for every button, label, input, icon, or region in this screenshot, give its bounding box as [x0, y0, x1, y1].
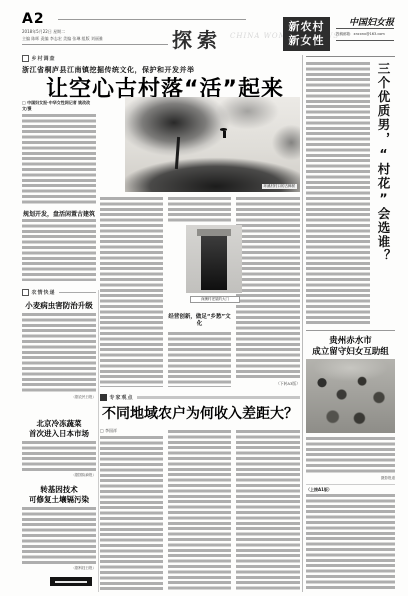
body-text-block — [306, 62, 370, 324]
footer-label-text — [55, 581, 87, 583]
paper-logo: 中国妇女报 — [338, 15, 394, 28]
door-lintel — [197, 229, 231, 236]
article-credit: （据国际商报） — [22, 473, 96, 478]
article-title-line1: 北京冷冻蔬菜 — [22, 419, 96, 429]
tag-bar — [137, 396, 300, 400]
badge-line2: 新女性 — [283, 34, 330, 48]
main-photo: 环溪村村口的古樟树 — [125, 97, 300, 192]
section-title: 探索 — [172, 24, 222, 53]
body-text-block — [22, 507, 96, 564]
header-rule-under — [22, 44, 168, 45]
continued-note: （上接A1版） — [306, 487, 332, 493]
expert-headline: 不同地域农户为何收入差距大？ — [100, 403, 300, 423]
footer-black-label — [50, 577, 92, 586]
tag-rule — [59, 292, 96, 293]
tag-square-icon — [22, 289, 29, 296]
sidebar-tag: 农情快递 — [22, 289, 96, 296]
main-photo-caption: 环溪村村口的古樟树 — [262, 184, 298, 190]
article-title: 转基因技术 可修复土壤镉污染 — [22, 485, 96, 504]
body-text-block — [22, 313, 96, 393]
main-article-tag: 乡村调查 — [22, 55, 82, 62]
body-text-block — [306, 437, 395, 475]
tree-trunk — [175, 137, 180, 169]
section-badge: 新农村 新女性 — [283, 17, 330, 51]
article-title: 北京冷冻蔬菜 首次进入日本市场 — [22, 419, 96, 438]
header-rule-top — [58, 19, 246, 20]
article-title-line2: 可修复土壤镉污染 — [22, 495, 96, 505]
body-text-block — [168, 430, 231, 590]
small-photo — [186, 225, 242, 293]
tag-label: 专家观点 — [110, 394, 134, 401]
column-divider-right — [302, 55, 303, 592]
right-rule-mid — [306, 330, 395, 331]
door-opening — [201, 236, 228, 290]
right-rule-bottom — [306, 484, 395, 485]
news-photo — [306, 359, 395, 433]
article-credit: （据科技日报） — [22, 566, 96, 571]
article-title: 小麦病虫害防治升级 — [22, 300, 96, 311]
umbrella — [220, 128, 227, 131]
feature-headline-vertical: 三个优质男，“村花”会选谁？ — [374, 62, 392, 302]
body-text-block — [22, 219, 96, 281]
person-figure — [223, 131, 226, 138]
logo-rule-1 — [336, 28, 394, 29]
article-title-line1: 转基因技术 — [22, 485, 96, 495]
tag-label: 农情快递 — [32, 289, 56, 296]
main-subhead-2: 经营创新，做足“乡愁”文化 — [168, 314, 231, 328]
right-rule-top — [306, 56, 395, 57]
article-credit: （据农民日报） — [22, 395, 96, 400]
body-text-block — [306, 494, 395, 590]
news-headline-line2: 成立留守妇女互助组 — [306, 347, 395, 358]
column-divider-left — [98, 290, 99, 592]
newspaper-page: A2 2018年5月22日 星期二 主编 陈晖 责编 李志宏 美编 张琳 组版 … — [0, 0, 408, 596]
news-headline-line1: 贵州赤水市 — [306, 336, 395, 347]
news-photo-credit: 摄影报道 — [306, 476, 395, 481]
tag-label: 乡村调查 — [32, 55, 56, 62]
body-text-block — [168, 332, 231, 387]
body-text-block — [22, 441, 96, 472]
small-photo-caption: 深澳村老屋的大门 — [190, 296, 240, 303]
news-headline: 贵州赤水市 成立留守妇女互助组 — [306, 336, 395, 357]
body-text-block — [236, 197, 300, 380]
expert-tag: 专家观点 — [100, 394, 300, 401]
date-line: 2018年5月22日 星期二 — [22, 29, 65, 34]
body-text-block — [100, 436, 163, 590]
expert-byline: □ 李国祥 — [100, 428, 163, 434]
logo-rule-2 — [336, 40, 394, 41]
jump-note: （下转A3版） — [236, 382, 300, 387]
article-title-line2: 首次进入日本市场 — [22, 429, 96, 439]
page-code: A2 — [22, 11, 45, 27]
badge-line1: 新农村 — [283, 19, 330, 34]
tag-square-icon — [100, 394, 107, 401]
body-text-block — [22, 114, 96, 206]
contact-line: 投稿邮箱：xncxnx@163.com — [336, 32, 385, 37]
main-subhead-1: 规划开发，盘活闲置古建筑 — [22, 209, 96, 218]
staff-line: 主编 陈晖 责编 李志宏 美编 张琳 组版 刘丽雅 — [22, 36, 103, 41]
body-text-block — [168, 197, 231, 222]
tag-square-icon — [22, 55, 29, 62]
body-text-block — [100, 197, 163, 387]
body-text-block — [236, 430, 300, 590]
main-byline: □ 中国妇女报·中华女性网记者 姚改改 文/摄 — [22, 100, 96, 111]
